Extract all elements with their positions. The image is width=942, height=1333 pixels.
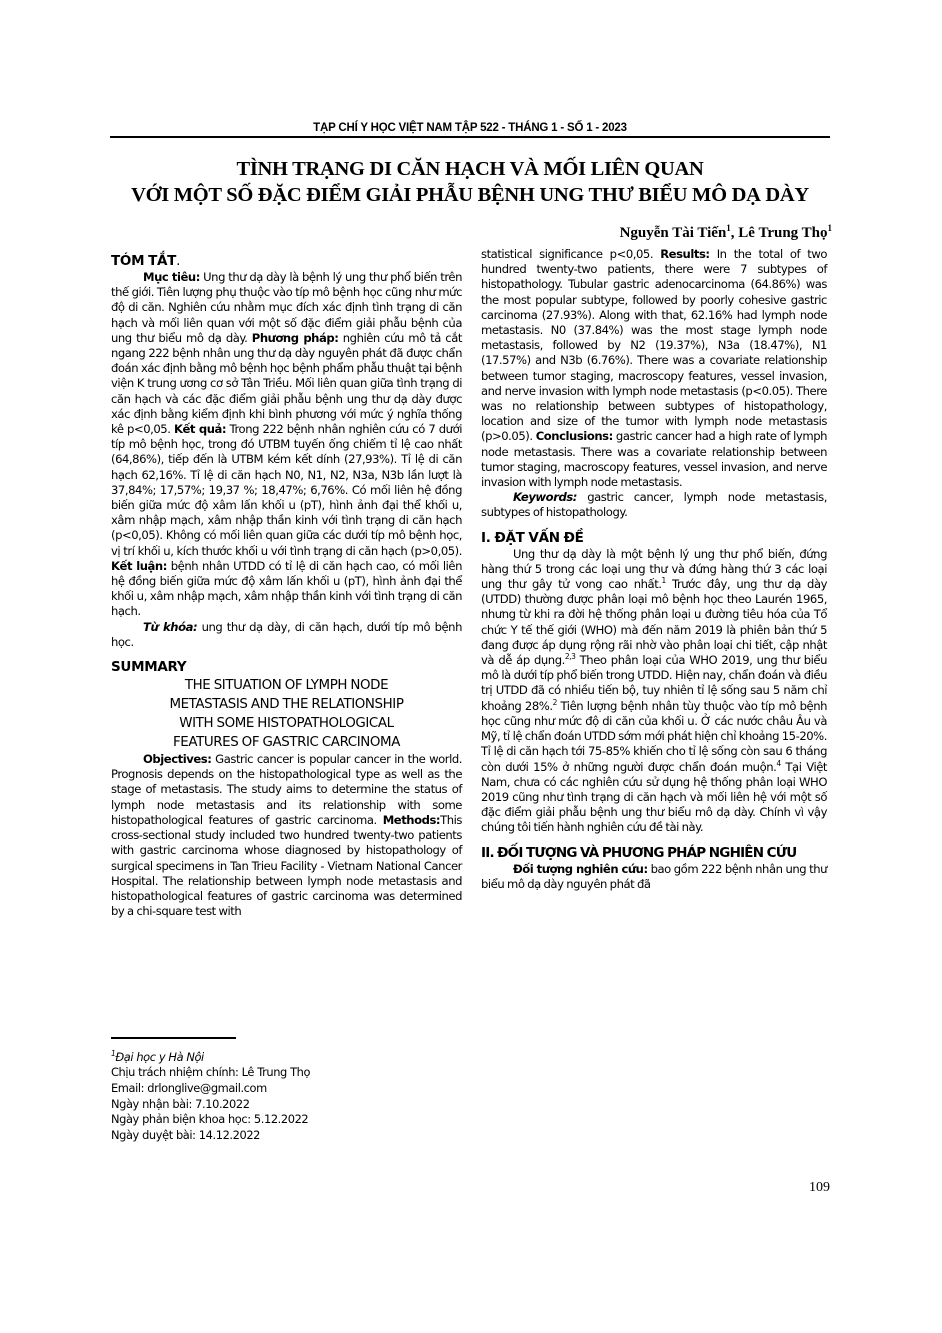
section-1-paragraph: Ung thư dạ dày là một bệnh lý ung thư ph…: [481, 547, 827, 836]
keywords-vi-label: Từ khóa:: [143, 620, 197, 634]
results-en-text: In the total of two hundred twenty-two p…: [481, 247, 827, 443]
footnote-email: Email: drlonglive@gmail.com: [111, 1081, 462, 1097]
author-list: Nguyễn Tài Tiến1, Lê Trung Thọ1: [620, 219, 832, 242]
article-title: TÌNH TRẠNG DI CĂN HẠCH VÀ MỐI LIÊN QUAN …: [110, 156, 830, 208]
footnote-rule: [111, 1037, 236, 1039]
abstract-vi-body: Mục tiêu: Ung thư dạ dày là bệnh lý ung …: [111, 270, 462, 620]
keywords-en-label: Keywords:: [513, 490, 577, 504]
abstract-vi-heading: TÓM TẮT.: [111, 252, 462, 270]
abstract-en-body-part1: Objectives: Gastric cancer is popular ca…: [111, 752, 462, 919]
footnote-received-date: Ngày nhận bài: 7.10.2022: [111, 1097, 462, 1113]
keywords-en: Keywords: gastric cancer, lymph node met…: [481, 490, 827, 520]
subjects-label: Đối tượng nghiên cứu:: [513, 862, 648, 876]
summary-title-line: WITH SOME HISTOPATHOLOGICAL: [111, 714, 462, 733]
methods-en-text: This cross-sectional study included two …: [111, 813, 462, 918]
footnote-affiliation: 1Đại học y Hà Nội: [111, 1046, 462, 1065]
footnotes: 1Đại học y Hà Nội Chịu trách nhiệm chính…: [111, 1046, 462, 1143]
footnote-accepted-date: Ngày duyệt bài: 14.12.2022: [111, 1128, 462, 1144]
conclusions-en-label: Conclusions:: [536, 429, 613, 443]
section-1-heading: I. ĐẶT VẤN ĐỀ: [481, 529, 827, 547]
footnote-review-date: Ngày phản biện khoa học: 5.12.2022: [111, 1112, 462, 1128]
summary-title: THE SITUATION OF LYMPH NODE METASTASIS A…: [111, 676, 462, 752]
methods-label: Phương pháp:: [252, 331, 339, 345]
methods-en-label: Methods:: [383, 813, 440, 827]
footnote-corresponding-author: Chịu trách nhiệm chính: Lê Trung Thọ: [111, 1065, 462, 1081]
left-column: TÓM TẮT. Mục tiêu: Ung thư dạ dày là bện…: [111, 252, 462, 919]
keywords-vi: Từ khóa: ung thư dạ dày, di căn hạch, dư…: [111, 620, 462, 650]
right-column: statistical significance p<0,05. Results…: [481, 247, 827, 892]
methods-en-text-continued: statistical significance p<0,05.: [481, 247, 660, 261]
objectives-label: Objectives:: [143, 752, 211, 766]
summary-title-line: FEATURES OF GASTRIC CARCINOMA: [111, 733, 462, 752]
author-name: Lê Trung Thọ: [738, 225, 827, 241]
citation-ref: 2,3: [565, 652, 576, 661]
summary-title-line: THE SITUATION OF LYMPH NODE: [111, 676, 462, 695]
title-line-2: VỚI MỘT SỐ ĐẶC ĐIỂM GIẢI PHẪU BỆNH UNG T…: [110, 182, 830, 208]
results-text: Trong 222 bệnh nhân nghiên cứu có 7 dưới…: [111, 422, 462, 558]
abstract-en-body-part2: statistical significance p<0,05. Results…: [481, 247, 827, 490]
journal-running-header: TẠP CHÍ Y HỌC VIỆT NAM TẬP 522 - THÁNG 1…: [110, 121, 830, 135]
section-2-paragraph: Đối tượng nghiên cứu: bao gồm 222 bệnh n…: [481, 862, 827, 892]
section-2-heading: II. ĐỐI TƯỢNG VÀ PHƯƠNG PHÁP NGHIÊN CỨU: [481, 844, 827, 862]
title-line-1: TÌNH TRẠNG DI CĂN HẠCH VÀ MỐI LIÊN QUAN: [110, 156, 830, 182]
journal-page: TẠP CHÍ Y HỌC VIỆT NAM TẬP 522 - THÁNG 1…: [0, 0, 942, 1333]
methods-text: nghiên cứu mô tả cắt ngang 222 bệnh nhân…: [111, 331, 462, 436]
conclusion-label: Kết luận:: [111, 559, 167, 573]
summary-title-line: METASTASIS AND THE RELATIONSHIP: [111, 695, 462, 714]
author-name: Nguyễn Tài Tiến: [620, 225, 727, 241]
header-rule: [110, 136, 830, 138]
page-number: 109: [790, 1180, 830, 1196]
author-affiliation-mark: 1: [828, 223, 833, 233]
summary-heading: SUMMARY: [111, 658, 462, 676]
objective-label: Mục tiêu:: [143, 270, 200, 284]
results-label: Kết quả:: [174, 422, 226, 436]
results-en-label: Results:: [660, 247, 709, 261]
